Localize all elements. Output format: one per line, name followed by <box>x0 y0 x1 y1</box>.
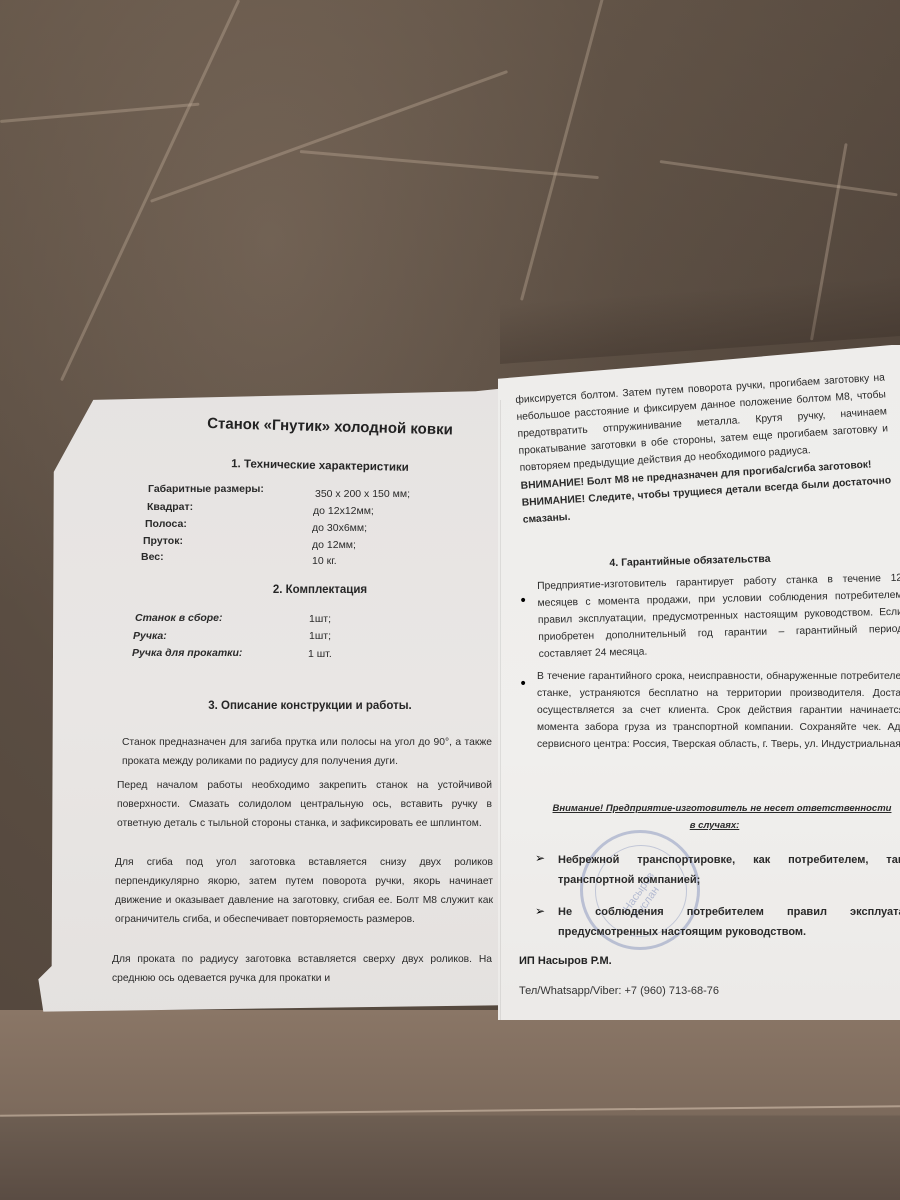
kit-value: 1 шт. <box>308 648 332 660</box>
warranty-repair: В течение гарантийного срока, неисправно… <box>537 668 900 753</box>
kit-label: Ручка для прокатки: <box>132 647 242 659</box>
paper-fold <box>500 400 501 1020</box>
arrow-bullet-icon: ➢ <box>535 851 545 865</box>
liability-notice-line2: в случаях: <box>507 817 900 834</box>
section-2-heading-wrap: 2. Комплектация <box>150 584 490 596</box>
marble-vein <box>0 103 200 123</box>
liability-notice-line1: Внимание! Предприятие-изготовитель не не… <box>522 800 900 817</box>
marble-vein <box>520 0 606 301</box>
spec-value: 350 x 200 x 150 мм; <box>315 488 410 500</box>
marble-vein <box>150 70 508 203</box>
seller-contact: Тел/Whatsapp/Viber: +7 (960) 713-68-76 <box>519 985 719 997</box>
spec-label: Квадрат: <box>147 501 193 513</box>
exclusion-misuse: Не соблюдения потребителем правил эксплу… <box>558 902 900 942</box>
seller-name: ИП Насыров Р.М. <box>519 955 612 967</box>
liability-notice: Внимание! Предприятие-изготовитель не не… <box>522 800 900 834</box>
spec-value: 10 кг. <box>312 555 337 567</box>
exclusion-transport: Небрежной транспортировке, как потребите… <box>558 850 900 890</box>
bullet-icon: • <box>519 677 527 691</box>
kit-value: 1шт; <box>309 613 331 625</box>
paragraph: Перед началом работы необходимо закрепит… <box>117 776 492 833</box>
continuation-text: фиксируется болтом. Затем путем поворота… <box>515 369 893 528</box>
bullet-icon: • <box>519 594 527 608</box>
spec-label: Габаритные размеры: <box>148 483 264 495</box>
spec-value: до 12мм; <box>312 539 356 551</box>
section-3-heading-wrap: 3. Описание конструкции и работы. <box>130 700 490 712</box>
kit-value: 1шт; <box>309 630 331 642</box>
spec-label: Пруток: <box>143 535 183 547</box>
spec-label: Вес: <box>141 551 164 563</box>
warranty-term: Предприятие-изготовитель гарантирует раб… <box>537 570 900 663</box>
paragraph: Для сгиба под угол заготовка вставляется… <box>115 853 493 929</box>
spec-label: Полоса: <box>145 518 187 530</box>
section-3-heading: 3. Описание конструкции и работы. <box>130 700 490 712</box>
kit-label: Станок в сборе: <box>135 612 223 624</box>
arrow-bullet-icon: ➢ <box>535 904 545 918</box>
spec-value: до 30x6мм; <box>312 522 367 534</box>
section-2-heading: 2. Комплектация <box>150 584 490 596</box>
spec-value: до 12x12мм; <box>313 505 374 517</box>
kit-label: Ручка: <box>133 630 167 642</box>
marble-surface-lower <box>0 1010 900 1200</box>
paragraph: Станок предназначен для загиба прутка ил… <box>122 733 492 771</box>
marble-vein <box>660 160 898 196</box>
paragraph: Для проката по радиусу заготовка вставля… <box>112 950 492 988</box>
marble-vein <box>60 0 240 381</box>
